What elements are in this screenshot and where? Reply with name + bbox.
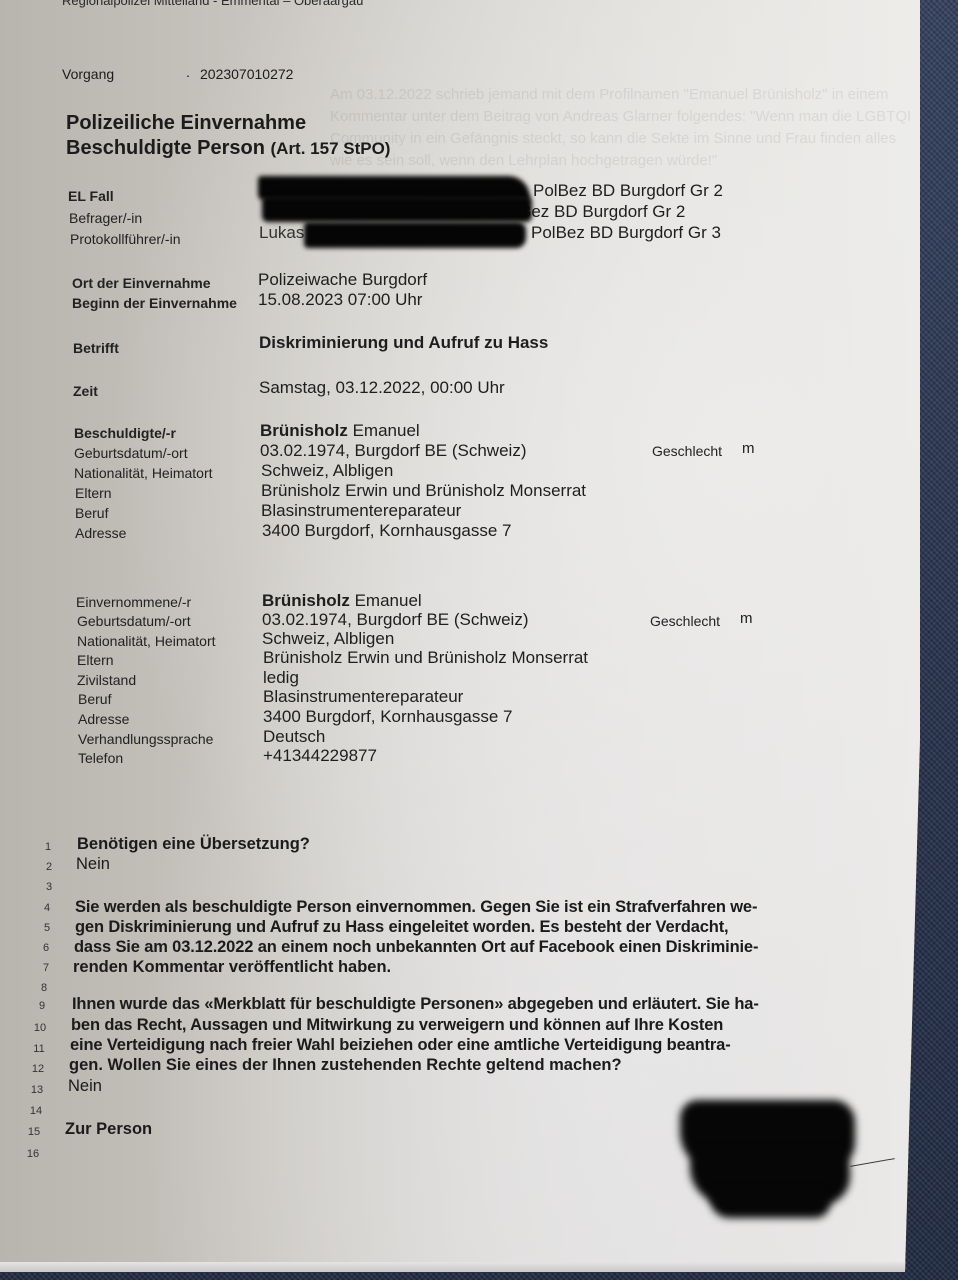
accused-field-label: Beruf [75, 505, 108, 521]
interviewee-field-value: Brünisholz Erwin und Brünisholz Monserra… [263, 648, 588, 668]
accused-field-value: Brünisholz Erwin und Brünisholz Monserra… [261, 481, 586, 501]
protocol-line-text: Sie werden als beschuldigte Person einve… [75, 898, 757, 917]
show-through-text: Am 03.12.2022 schrieb jemand mit dem Pro… [330, 86, 888, 103]
protocol-line-text: Ihnen wurde das «Merkblatt für beschuldi… [72, 995, 759, 1014]
signature-redaction [710, 1190, 830, 1218]
interviewee-field-label: Adresse [78, 711, 129, 727]
line-number: 8 [30, 982, 58, 994]
accused-gender-label: Geschlecht [652, 443, 722, 459]
accused-field-value: Schweiz, Albligen [261, 461, 393, 481]
interviewee-field-label: Eltern [77, 652, 114, 668]
vorgang-number: 202307010272 [200, 66, 293, 82]
show-through-text: Kommentar unter dem Beitrag von Andreas … [330, 108, 911, 125]
signature-stroke [850, 1158, 894, 1167]
el-fall-value: PolBez BD Burgdorf Gr 2 [533, 181, 723, 201]
accused-firstname: Emanuel [353, 421, 420, 440]
zeit-label: Zeit [73, 383, 98, 399]
line-number: 3 [35, 881, 63, 893]
interviewee-firstname: Emanuel [355, 591, 422, 610]
ort-label: Ort der Einvernahme [72, 275, 211, 291]
line-number: 11 [25, 1043, 53, 1055]
accused-label: Beschuldigte/-r [74, 425, 176, 441]
interviewee-field-value: Deutsch [263, 727, 325, 747]
interviewee-field-label: Verhandlungssprache [78, 731, 213, 747]
interviewee-field-value: 3400 Burgdorf, Kornhausgasse 7 [263, 707, 513, 727]
interviewee-field-label: Zivilstand [77, 672, 136, 688]
accused-name: Brünisholz Emanuel [260, 421, 420, 441]
betrifft-label: Betrifft [73, 340, 119, 356]
line-number: 2 [35, 861, 63, 873]
document-subtitle: Beschuldigte Person (Art. 157 StPO) [66, 137, 390, 160]
line-number: 15 [20, 1126, 48, 1138]
protocol-line-text: Benötigen eine Übersetzung? [77, 835, 310, 854]
accused-surname: Brünisholz [260, 421, 348, 440]
line-number: 6 [32, 942, 60, 954]
interviewee-surname: Brünisholz [262, 591, 350, 610]
line-number: 10 [26, 1022, 54, 1034]
interviewee-gender-value: m [740, 610, 753, 627]
line-number: 1 [34, 841, 62, 853]
protocol-line-text: gen Diskriminierung und Aufruf zu Hass e… [75, 918, 728, 937]
protocol-line-text: renden Kommentar veröffentlicht haben. [73, 958, 391, 977]
protokollfuehrer-value: PolBez BD Burgdorf Gr 3 [531, 223, 721, 243]
interviewee-name: Brünisholz Emanuel [262, 591, 422, 611]
befrager-value: Bez BD Burgdorf Gr 2 [520, 202, 685, 222]
interviewee-field-label: Nationalität, Heimatort [77, 633, 216, 649]
interviewee-gender-label: Geschlecht [650, 613, 720, 629]
subtitle-article: (Art. 157 StPO) [271, 139, 391, 158]
line-number: 4 [33, 902, 61, 914]
interviewee-field-value: 03.02.1974, Burgdorf BE (Schweiz) [262, 610, 528, 630]
paper-edge [0, 1262, 910, 1272]
interviewee-field-label: Geburtsdatum/-ort [77, 613, 191, 629]
accused-field-value: 3400 Burgdorf, Kornhausgasse 7 [262, 521, 512, 541]
befrager-label: Befrager/-in [69, 210, 142, 226]
protokollfuehrer-label: Protokollführer/-in [70, 231, 181, 247]
zeit-value: Samstag, 03.12.2022, 00:00 Uhr [259, 378, 505, 398]
protocol-line-text: ben das Recht, Aussagen und Mitwirkung z… [71, 1016, 723, 1035]
protocol-line-text: Nein [68, 1077, 102, 1096]
beginn-label: Beginn der Einvernahme [72, 295, 237, 311]
line-number: 14 [22, 1105, 50, 1117]
interviewee-field-value: +41344229877 [263, 746, 377, 766]
interviewee-field-value: ledig [263, 668, 299, 688]
accused-field-label: Adresse [75, 525, 126, 541]
beginn-value: 15.08.2023 07:00 Uhr [258, 290, 422, 310]
interviewee-field-label: Telefon [78, 750, 123, 766]
redaction-bar [304, 222, 526, 248]
interviewee-field-label: Beruf [78, 691, 111, 707]
line-number: 12 [24, 1063, 52, 1075]
line-number: 7 [32, 962, 60, 974]
protocol-line-text: Nein [76, 855, 110, 874]
accused-field-label: Nationalität, Heimatort [74, 465, 213, 481]
document-title: Polizeiliche Einvernahme [66, 112, 306, 135]
accused-field-label: Geburtsdatum/-ort [74, 445, 188, 461]
organization-header: Regionalpolizei Mittelland - Emmental – … [62, 0, 363, 8]
redaction-bar [262, 196, 532, 222]
document-page: Am 03.12.2022 schrieb jemand mit dem Pro… [0, 0, 920, 1272]
protocol-line-text: dass Sie am 03.12.2022 an einem noch unb… [74, 938, 758, 957]
accused-gender-value: m [742, 440, 755, 457]
betrifft-value: Diskriminierung und Aufruf zu Hass [259, 333, 548, 353]
accused-field-value: Blasinstrumentereparateur [261, 501, 461, 521]
line-number: 13 [23, 1084, 51, 1096]
line-number: 9 [28, 1000, 56, 1012]
line-number: 5 [33, 922, 61, 934]
line-number: 16 [19, 1148, 47, 1160]
interviewee-field-value: Schweiz, Albligen [262, 629, 394, 649]
vorgang-label: Vorgang [62, 66, 114, 82]
accused-field-label: Eltern [75, 485, 112, 501]
protokollfuehrer-name-prefix: Lukas [259, 223, 304, 243]
accused-field-value: 03.02.1974, Burgdorf BE (Schweiz) [260, 441, 526, 461]
protocol-line-text: Zur Person [65, 1120, 152, 1139]
subtitle-main: Beschuldigte Person [66, 137, 265, 159]
interviewee-label: Einvernommene/-r [76, 594, 191, 610]
ort-value: Polizeiwache Burgdorf [258, 270, 427, 290]
vorgang-separator: . [186, 64, 190, 80]
el-fall-label: EL Fall [68, 188, 114, 204]
interviewee-field-value: Blasinstrumentereparateur [263, 687, 463, 707]
show-through-text: Community in ein Gefängnis steckt, so ka… [330, 130, 896, 147]
protocol-line-text: eine Verteidigung nach freier Wahl beizi… [70, 1036, 731, 1055]
protocol-line-text: gen. Wollen Sie eines der Ihnen zustehen… [69, 1056, 622, 1075]
